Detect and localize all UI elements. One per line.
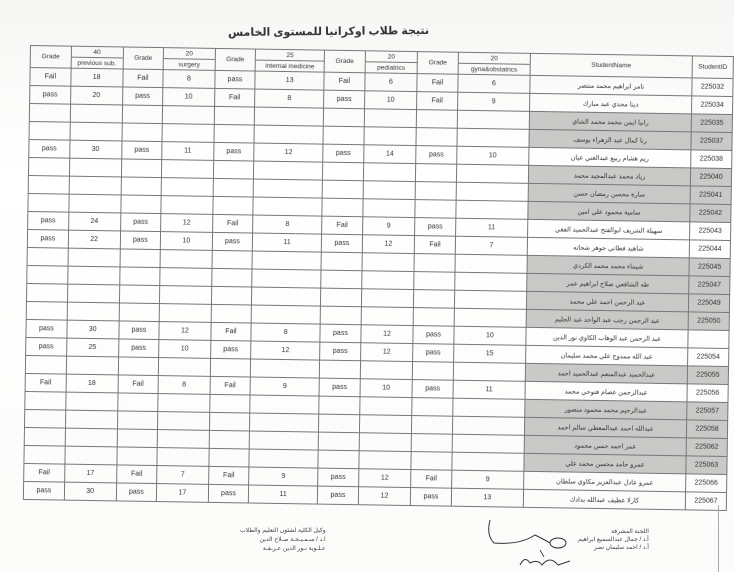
gyna-grade-cell [415,200,456,219]
surgery-score-cell: 10 [163,88,215,107]
internal-grade-cell [211,286,252,305]
pediatrics-score-cell: 6 [365,73,418,92]
gyna-score-cell [452,452,524,471]
internal-grade-cell: Fail [210,322,251,341]
internal-score-cell: 9 [250,377,319,396]
pediatrics-score-cell [363,181,416,200]
internal-score-cell [253,179,322,198]
internal-score-cell [252,269,321,288]
student-id-cell: 225058 [686,420,727,439]
footer-right-line3: أ.د / احمد سليمان نصر [578,544,649,552]
footer-right-line2: أ.د / جمال عبدالسميع ابراهيم [578,536,649,544]
internal-grade-cell [210,358,251,377]
previous-grade-cell [24,409,65,428]
previous-score-cell: 30 [69,140,121,159]
student-id-cell: 225045 [689,258,730,277]
internal-grade-cell [209,394,250,413]
previous-grade-cell: Fail [30,68,71,87]
student-id-cell: 225040 [690,168,731,187]
surgery-grade-cell [116,447,157,466]
gyna-grade-cell [411,452,452,471]
gyna-score-cell: 9 [451,470,523,489]
internal-score-cell [251,359,320,378]
gyna-grade-cell [412,398,453,417]
student-id-cell: 225038 [691,150,732,169]
pediatrics-score-cell: 12 [360,343,413,362]
pediatrics-grade-cell [322,162,363,181]
previous-grade-cell [28,175,69,194]
previous-grade-cell [29,121,70,140]
gyna-score-cell: 10 [457,146,529,165]
gyna-score-cell [456,200,528,219]
previous-score-cell: 18 [66,374,118,393]
gyna-score-cell [456,182,528,201]
gyna-score-cell: 11 [453,380,525,399]
pediatrics-score-cell [364,109,417,128]
pediatrics-score-cell: 12 [358,487,411,506]
surgery-score-cell [157,430,209,449]
previous-grade-cell [26,301,67,320]
pediatrics-grade-cell [321,270,362,289]
gyna-grade-cell [413,308,454,327]
previous-grade-cell: pass [23,481,64,500]
gyna-score-cell [453,362,525,381]
surgery-score-cell: 17 [157,484,209,503]
pediatrics-grade-cell: pass [319,378,360,397]
footer-vice-dean-block: وكيل الكلية لشئون التعليم والطلاب ا.د / … [240,527,326,554]
student-id-cell: 225041 [690,186,731,205]
previous-score-cell [65,410,117,429]
student-id-cell: 225066 [686,474,727,493]
pediatrics-grade-cell [318,432,359,451]
previous-score-cell [66,356,118,375]
pediatrics-grade-cell [319,396,360,415]
pediatrics-score-cell [363,199,416,218]
previous-score-cell [69,194,121,213]
table-body: Fail18Fail8pass13Fail6Fail6تامر ابراهيم … [23,68,733,511]
pediatrics-grade-cell [319,360,360,379]
gyna-grade-cell: pass [416,146,457,165]
surgery-score-cell [161,196,213,215]
internal-score-cell [250,413,319,432]
surgery-score-cell [159,304,211,323]
gyna-grade-cell [414,290,455,309]
document-title: نتيجة طلاب اوكرانيا للمستوى الخامس [228,24,429,39]
student-id-cell: 225042 [690,204,731,223]
student-id-cell: 225050 [688,312,729,331]
student-id-cell: 225037 [691,132,732,151]
surgery-score-cell [159,358,211,377]
pediatrics-score-cell: 12 [358,469,411,488]
footer-left-line3: عـلـوية نـور الدين عـرـفـة [240,545,326,554]
pediatrics-grade-cell: Fail [322,216,363,235]
surgery-score-cell: 8 [163,70,215,89]
student-name-cell: كارلا عطيف عبدالله بدادك [523,489,685,510]
internal-score-cell [253,197,322,216]
pediatrics-grade-cell [322,198,363,217]
surgery-score-cell [163,106,215,125]
previous-grade-cell: pass [28,211,69,230]
previous-score-cell [67,284,119,303]
previous-grade-cell [25,391,66,410]
surgery-score-cell: 11 [162,142,214,161]
previous-grade-cell: pass [30,86,71,105]
student-id-cell: 225063 [686,456,727,475]
gyna-grade-cell: Fail [414,236,455,255]
pediatrics-score-cell [359,451,412,470]
surgery-grade-cell [122,123,163,142]
pediatrics-grade-cell: pass [324,90,365,109]
results-table: Grade 40 Grade 20 Grade 25 Grade 20 Grad… [23,45,734,511]
student-id-cell: 225055 [687,366,728,385]
gyna-grade-cell: pass [413,344,454,363]
internal-score-cell: 11 [253,233,322,252]
pediatrics-grade-cell [319,414,360,433]
header-grade-internal: Grade [215,48,256,71]
header-surgery-label: surgery [163,59,215,71]
internal-grade-cell [209,412,250,431]
surgery-score-cell [157,448,209,467]
internal-grade-cell: pass [212,232,253,251]
surgery-grade-cell: pass [122,87,163,106]
gyna-score-cell [452,416,524,435]
previous-score-cell [69,176,121,195]
internal-score-cell: 13 [255,71,324,90]
header-student-name: StudentName [530,53,692,78]
surgery-grade-cell: Fail [118,375,159,394]
previous-score-cell: 25 [66,338,118,357]
previous-grade-cell: Fail [25,373,66,392]
footer-left-line2: ا.د / سـمـيـحـة صـلاح الدين [240,536,326,545]
pediatrics-grade-cell [321,252,362,271]
pediatrics-grade-cell [320,306,361,325]
header-pediatrics-label: pediatrics [365,62,418,74]
previous-score-cell [65,392,117,411]
internal-score-cell [249,431,318,450]
internal-grade-cell: Fail [208,466,249,485]
pediatrics-score-cell: 10 [364,91,417,110]
previous-grade-cell [27,265,68,284]
student-id-cell: 225049 [688,294,729,313]
surgery-score-cell: 12 [161,214,213,233]
internal-grade-cell [211,304,252,323]
previous-score-cell: 20 [70,86,122,105]
surgery-grade-cell [119,303,160,322]
pediatrics-grade-cell [323,126,364,145]
gyna-grade-cell: pass [412,380,453,399]
previous-score-cell [68,248,120,267]
surgery-score-cell [160,250,212,269]
internal-grade-cell: pass [214,70,255,89]
header-grade-surgery: Grade [123,47,164,70]
pediatrics-score-cell [364,127,417,146]
surgery-grade-cell: pass [120,231,161,250]
internal-score-cell [252,287,321,306]
internal-score-cell: 8 [251,323,320,342]
internal-score-cell [249,449,318,468]
pediatrics-grade-cell: pass [320,342,361,361]
results-table-wrapper: Grade 40 Grade 20 Grade 25 Grade 20 Grad… [23,45,734,511]
gyna-grade-cell: Fail [417,92,458,111]
internal-grade-cell: Fail [214,88,255,107]
gyna-score-cell [453,398,525,417]
internal-grade-cell [213,178,254,197]
previous-score-cell [70,122,122,141]
previous-score-cell [67,302,119,321]
internal-grade-cell: Fail [212,214,253,233]
pediatrics-grade-cell [322,180,363,199]
pediatrics-score-cell [360,361,413,380]
previous-grade-cell: pass [26,337,67,356]
previous-grade-cell [24,427,65,446]
header-pediatrics-max: 20 [365,51,418,63]
student-id-cell: 225047 [689,276,730,295]
pediatrics-score-cell: 12 [362,235,415,254]
previous-grade-cell: Fail [24,463,65,482]
gyna-score-cell: 13 [451,488,523,507]
student-id-cell: 225043 [690,222,731,241]
gyna-grade-cell: pass [410,488,451,507]
surgery-grade-cell [119,285,160,304]
surgery-score-cell [160,268,212,287]
student-id-cell [688,330,729,349]
surgery-grade-cell: Fail [116,465,157,484]
surgery-grade-cell [120,249,161,268]
signature-scribble-icon [480,515,580,570]
internal-grade-cell [211,268,252,287]
surgery-grade-cell [120,195,161,214]
gyna-grade-cell [414,254,455,273]
surgery-grade-cell [117,429,158,448]
previous-grade-cell [29,104,70,123]
surgery-score-cell [158,394,210,413]
header-grade-pediatrics: Grade [324,50,365,73]
internal-score-cell: 11 [249,485,318,504]
gyna-score-cell: 7 [455,236,527,255]
previous-grade-cell [28,193,69,212]
student-id-cell: 225067 [685,492,726,511]
pediatrics-grade-cell: pass [321,234,362,253]
gyna-score-cell [455,272,527,291]
surgery-grade-cell [121,159,162,178]
surgery-score-cell: 8 [158,376,210,395]
previous-grade-cell [24,445,65,464]
surgery-score-cell [158,412,210,431]
gyna-score-cell [454,308,526,327]
surgery-grade-cell [122,105,163,124]
gyna-score-cell: 10 [454,326,526,345]
gyna-grade-cell: pass [415,218,456,237]
internal-score-cell: 8 [253,215,322,234]
student-id-cell: 225032 [692,78,733,97]
gyna-grade-cell: Fail [417,74,458,93]
internal-score-cell [254,161,323,180]
footer-committee-block: اللجنة المشرفة أ.د / جمال عبدالسميع ابرا… [578,528,649,552]
pediatrics-grade-cell: Fail [324,72,365,91]
gyna-score-cell: 6 [458,74,530,93]
header-student-id: StudentID [692,56,733,79]
surgery-grade-cell [117,393,158,412]
previous-score-cell: 30 [64,482,116,501]
gyna-score-cell [455,254,527,273]
gyna-score-cell: 9 [457,92,529,111]
surgery-score-cell [160,286,212,305]
internal-grade-cell [209,430,250,449]
pediatrics-score-cell: 12 [361,325,414,344]
pediatrics-score-cell [362,253,415,272]
gyna-grade-cell [416,128,457,147]
student-id-cell: 225035 [691,114,732,133]
previous-grade-cell: pass [27,229,68,248]
gyna-grade-cell [416,110,457,129]
previous-score-cell [65,428,117,447]
pediatrics-score-cell [362,271,415,290]
scanned-document: نتيجة طلاب اوكرانيا للمستوى الخامس Grade… [0,0,734,572]
surgery-score-cell [162,160,214,179]
internal-grade-cell [212,250,253,269]
internal-score-cell: 12 [251,341,320,360]
pediatrics-grade-cell [323,108,364,127]
previous-score-cell: 17 [64,464,116,483]
pediatrics-score-cell [361,289,414,308]
surgery-score-cell: 10 [159,340,211,359]
surgery-grade-cell: pass [120,213,161,232]
gyna-score-cell [454,290,526,309]
internal-score-cell [254,125,323,144]
previous-score-cell [67,266,119,285]
surgery-grade-cell [121,177,162,196]
gyna-score-cell [452,434,524,453]
surgery-score-cell [161,178,213,197]
surgery-grade-cell: pass [121,141,162,160]
pediatrics-score-cell [363,163,416,182]
gyna-grade-cell: pass [413,326,454,345]
internal-grade-cell: pass [210,340,251,359]
gyna-score-cell [457,110,529,129]
internal-grade-cell [214,106,255,125]
surgery-score-cell: 12 [159,322,211,341]
internal-score-cell: 12 [254,143,323,162]
pediatrics-score-cell: 9 [362,217,415,236]
previous-score-cell [69,158,121,177]
previous-grade-cell: pass [26,319,67,338]
surgery-grade-cell: Fail [122,69,163,88]
surgery-grade-cell: pass [118,321,159,340]
gyna-grade-cell [416,164,457,183]
pediatrics-score-cell: 14 [363,145,416,164]
pediatrics-score-cell [361,307,414,326]
previous-score-cell: 22 [68,230,120,249]
footer-right-line1: اللجنة المشرفة [578,528,649,536]
gyna-grade-cell [415,182,456,201]
surgery-grade-cell: pass [116,483,157,502]
header-surgery-max: 20 [164,48,216,60]
previous-score-cell [70,104,122,123]
surgery-grade-cell [118,357,159,376]
surgery-grade-cell: pass [118,339,159,358]
surgery-score-cell [162,124,214,143]
pediatrics-score-cell [359,433,412,452]
footer-left-line1: وكيل الكلية لشئون التعليم والطلاب [240,527,326,536]
internal-score-cell [252,251,321,270]
gyna-score-cell: 15 [453,344,525,363]
gyna-score-cell: 11 [455,218,527,237]
student-id-cell: 225054 [688,348,729,367]
gyna-grade-cell [412,416,453,435]
internal-grade-cell: pass [213,142,254,161]
previous-grade-cell [25,355,66,374]
header-previous-label: previous sub. [71,57,123,69]
surgery-score-cell: 10 [161,232,213,251]
gyna-score-cell [456,164,528,183]
internal-score-cell [255,107,324,126]
internal-grade-cell [208,448,249,467]
internal-grade-cell [214,124,255,143]
gyna-grade-cell [412,362,453,381]
previous-grade-cell [26,283,67,302]
internal-grade-cell: Fail [210,376,251,395]
student-id-cell: 225057 [687,402,728,421]
student-id-cell: 225062 [686,438,727,457]
student-id-cell: 225034 [692,96,733,115]
pediatrics-score-cell [359,415,412,434]
gyna-score-cell [457,128,529,147]
surgery-score-cell: 7 [157,466,209,485]
pediatrics-grade-cell [321,288,362,307]
previous-grade-cell: pass [29,139,70,158]
gyna-grade-cell [411,434,452,453]
pediatrics-grade-cell [318,450,359,469]
student-id-cell: 225044 [689,240,730,259]
pediatrics-grade-cell: pass [323,144,364,163]
previous-score-cell: 30 [67,320,119,339]
internal-score-cell [250,395,319,414]
pediatrics-grade-cell: pass [320,324,361,343]
pediatrics-grade-cell: pass [317,486,358,505]
pediatrics-grade-cell: pass [318,468,359,487]
pediatrics-score-cell [360,397,413,416]
previous-score-cell: 18 [71,68,123,87]
surgery-grade-cell [117,411,158,430]
surgery-grade-cell [119,267,160,286]
pediatrics-score-cell: 10 [360,379,413,398]
header-grade-previous: Grade [30,46,71,69]
previous-score-cell [65,446,117,465]
header-previous-max: 40 [71,46,123,58]
page-edge-divider [718,505,719,572]
previous-score-cell: 24 [68,212,120,231]
internal-grade-cell: pass [208,484,249,503]
internal-grade-cell [212,196,253,215]
gyna-grade-cell [414,272,455,291]
student-id-cell: 225056 [687,384,728,403]
header-grade-gyna: Grade [417,52,458,75]
gyna-grade-cell: Fail [411,470,452,489]
internal-grade-cell [213,160,254,179]
previous-grade-cell [27,247,68,266]
internal-score-cell: 9 [249,467,318,486]
previous-grade-cell [28,157,69,176]
internal-score-cell [251,305,320,324]
internal-score-cell: 8 [255,89,324,108]
